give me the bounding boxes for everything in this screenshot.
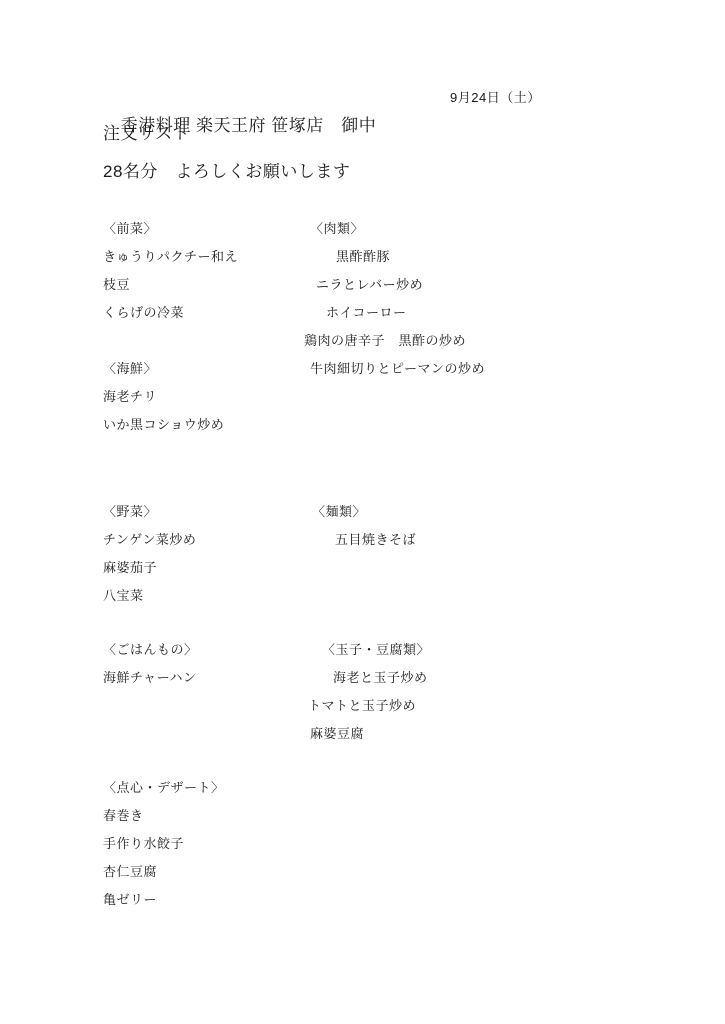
order-list-document: 香港料理 楽天王府 笹塚店 御中 9月24日（土） 注文リスト 28名分 よろし… [0,0,725,1024]
headcount-note: 28名分 よろしくお願いします [103,158,350,186]
recipient-line: 香港料理 楽天王府 笹塚店 御中 9月24日（土） [103,84,376,112]
section-header: 〈点心・デザート〉 [103,774,225,802]
menu-section-meat: 〈肉類〉 黒酢酢豚 ニラとレバー炒め ホイコーロー 鶏肉の唐辛子 黒酢の炒め 牛… [304,215,485,383]
menu-section-seafood: 〈海鮮〉 海老チリ いか黒コショウ炒め [103,355,224,439]
menu-item: くらげの冷菜 [103,299,238,327]
menu-item: 五目焼きそば [304,526,416,554]
menu-item: ホイコーロー [304,299,485,327]
menu-section-vegetables: 〈野菜〉 チンゲン菜炒め 麻婆茄子 八宝菜 [103,498,196,610]
menu-item: 牛肉細切りとピーマンの炒め [304,355,485,383]
menu-item: 麻婆茄子 [103,554,196,582]
section-header: 〈野菜〉 [103,498,196,526]
menu-item: 枝豆 [103,271,238,299]
menu-section-noodles: 〈麺類〉 五目焼きそば [304,498,416,554]
section-header: 〈海鮮〉 [103,355,224,383]
menu-item: 八宝菜 [103,582,196,610]
menu-item: 鶏肉の唐辛子 黒酢の炒め [304,327,485,355]
document-title: 注文リスト [103,120,190,148]
menu-section-dimsum-dessert: 〈点心・デザート〉 春巻き 手作り水餃子 杏仁豆腐 亀ゼリー [103,774,225,914]
menu-item: 海老チリ [103,383,224,411]
menu-item: チンゲン菜炒め [103,526,196,554]
menu-item: 春巻き [103,802,225,830]
menu-item: きゅうりパクチー和え [103,243,238,271]
section-header: 〈肉類〉 [304,215,485,243]
section-header: 〈ごはんもの〉 [103,636,198,664]
menu-section-rice: 〈ごはんもの〉 海鮮チャーハン [103,636,198,692]
menu-item: 海鮮チャーハン [103,664,198,692]
menu-item: 亀ゼリー [103,886,225,914]
menu-item: 手作り水餃子 [103,830,225,858]
section-header: 〈麺類〉 [304,498,416,526]
menu-section-egg-tofu: 〈玉子・豆腐類〉 海老と玉子炒め トマトと玉子炒め 麻婆豆腐 [304,636,430,748]
section-header: 〈玉子・豆腐類〉 [304,636,430,664]
menu-item: 黒酢酢豚 [304,243,485,271]
order-date: 9月24日（土） [450,84,541,112]
menu-section-appetizers: 〈前菜〉 きゅうりパクチー和え 枝豆 くらげの冷菜 [103,215,238,327]
section-header: 〈前菜〉 [103,215,238,243]
menu-item: 杏仁豆腐 [103,858,225,886]
menu-item: 海老と玉子炒め [304,664,430,692]
menu-item: いか黒コショウ炒め [103,411,224,439]
menu-item: 麻婆豆腐 [304,720,430,748]
menu-item: ニラとレバー炒め [304,271,485,299]
menu-item: トマトと玉子炒め [304,692,430,720]
